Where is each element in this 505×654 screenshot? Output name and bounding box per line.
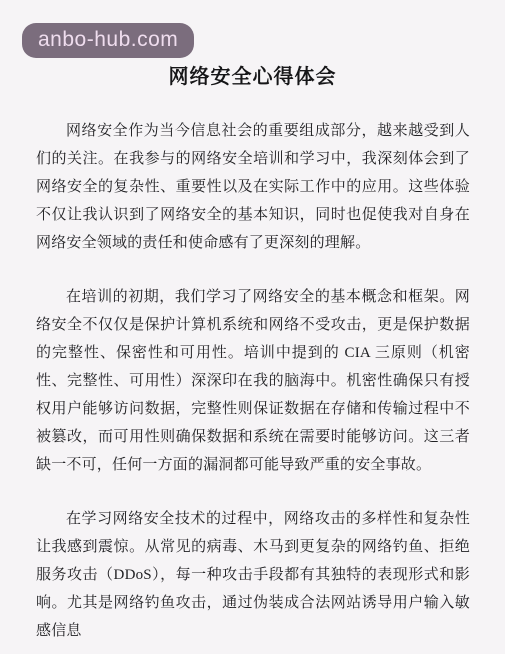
watermark-badge: anbo-hub.com xyxy=(22,23,194,58)
paragraph-training-cia: 在培训的初期，我们学习了网络安全的基本概念和框架。网络安全不仅仅是保护计算机系统… xyxy=(36,283,470,479)
paragraph-attacks: 在学习网络安全技术的过程中，网络攻击的多样性和复杂性让我感到震惊。从常见的病毒、… xyxy=(36,505,470,645)
document-page: anbo-hub.com 网络安全心得体会 网络安全作为当今信息社会的重要组成部… xyxy=(0,0,505,654)
document-body: 网络安全作为当今信息社会的重要组成部分，越来越受到人们的关注。在我参与的网络安全… xyxy=(36,117,470,645)
paragraph-intro: 网络安全作为当今信息社会的重要组成部分，越来越受到人们的关注。在我参与的网络安全… xyxy=(36,117,470,257)
